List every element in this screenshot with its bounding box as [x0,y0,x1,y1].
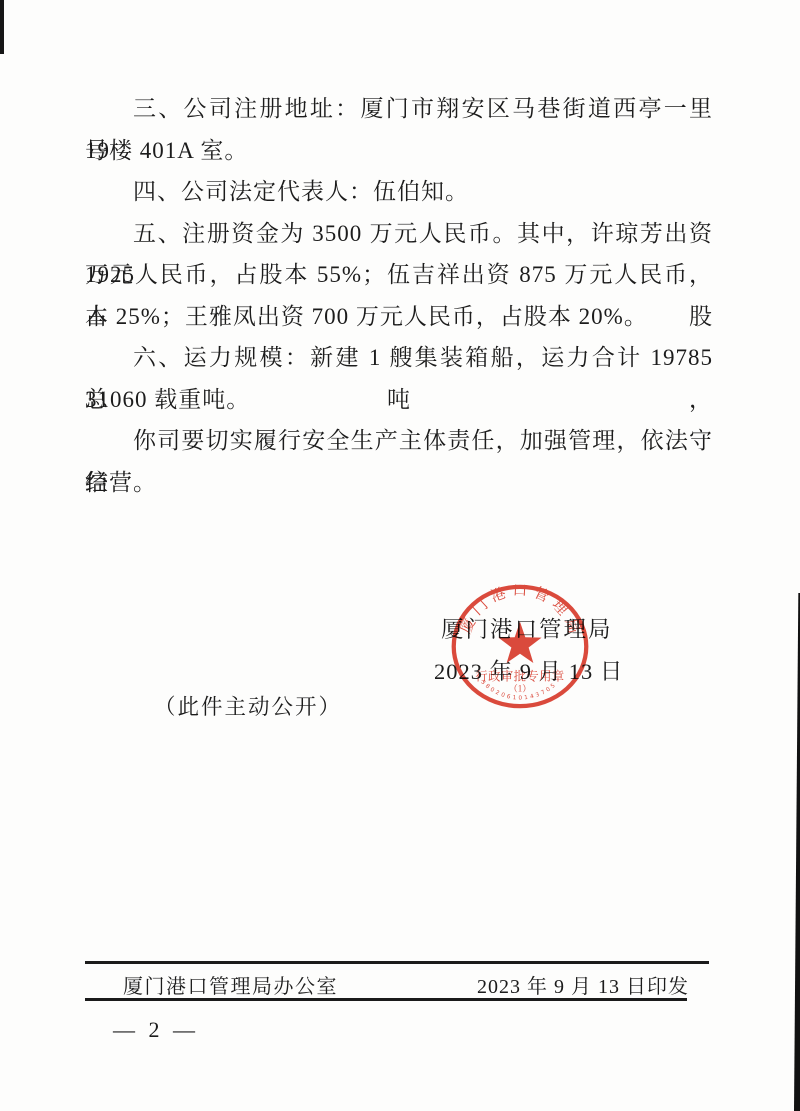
body-line: 五、注册资金为 3500 万元人民币。其中，许琼芳出资 1925 [85,213,713,255]
scan-artifact-right-edge [794,593,800,1111]
document-body: 三、公司注册地址：厦门市翔安区马巷街道西亭一里 19 号楼 401A 室。 四、… [85,88,713,503]
body-line: 三、公司注册地址：厦门市翔安区马巷街道西亭一里 19 [85,88,713,130]
footer-top-rule [85,961,709,964]
body-line: 六、运力规模：新建 1 艘集装箱船，运力合计 19785 总吨， [85,337,713,379]
scanned-document-page: 三、公司注册地址：厦门市翔安区马巷街道西亭一里 19 号楼 401A 室。 四、… [0,0,800,1111]
page-number: — 2 — [113,1017,199,1043]
seal-label: 行政审批专用章 [475,669,564,684]
seal-sub-label: （1） [509,683,531,693]
body-line: 号楼 401A 室。 [85,130,713,172]
footer-print-date: 2023 年 9 月 13 日印发 [477,970,689,999]
footer-bottom-rule [85,998,687,1001]
body-line: 经营。 [85,462,713,504]
star-icon [498,622,541,663]
body-line: 你司要切实履行安全生产主体责任，加强管理，依法守信 [85,420,713,462]
body-line: 万元人民币，占股本 55%；伍吉祥出资 875 万元人民币，占股 [85,254,713,296]
disclosure-note: （此件主动公开） [154,690,342,721]
official-seal: 厦门港口管理局 行政审批专用章 （1） 38020610143705 [449,580,591,713]
scan-artifact-left-edge [0,0,4,54]
body-line: 本 25%；王雅凤出资 700 万元人民币，占股本 20%。 [85,296,713,338]
body-line: 四、公司法定代表人：伍伯知。 [85,171,713,213]
footer-office: 厦门港口管理局办公室 [123,970,338,999]
